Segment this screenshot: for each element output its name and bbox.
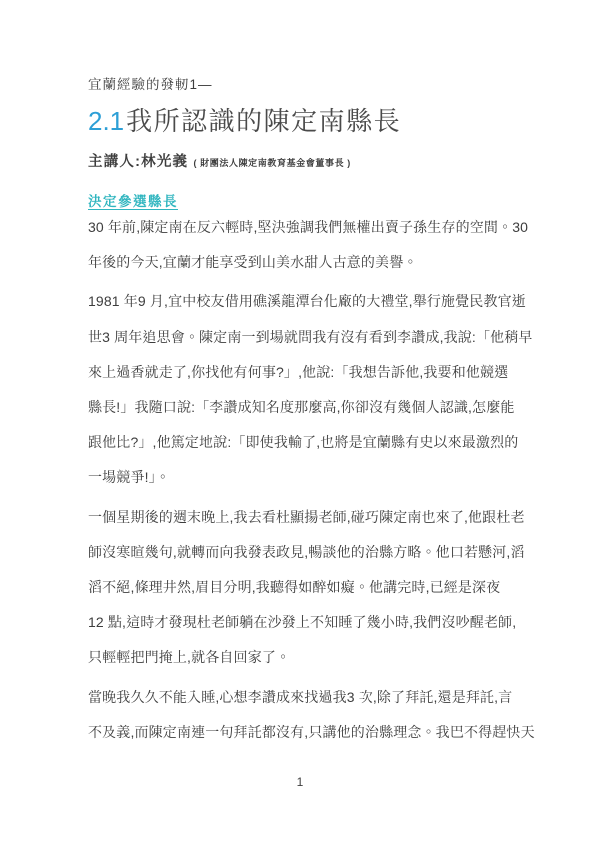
text-line: 30 年前,陳定南在反六輕時,堅決強調我們無權出賣子孫生存的空間。30 bbox=[88, 210, 512, 245]
paragraph: 當晚我久久不能入睡,心想李讚成來找過我3 次,除了拜託,還是拜託,言不及義,而陳… bbox=[88, 680, 512, 750]
section-heading: 決定參選縣長 bbox=[88, 194, 512, 209]
text-line: 跟他比?」,他篤定地說:「即使我輸了,也將是宜蘭縣有史以來最激烈的 bbox=[88, 425, 512, 460]
text-line: 一場競爭!」。 bbox=[88, 460, 512, 495]
text-line: 年後的今天,宜蘭才能享受到山美水甜人古意的美譽。 bbox=[88, 245, 512, 280]
series-label: 宜蘭經驗的發軔1— bbox=[88, 77, 512, 92]
body-paragraphs: 30 年前,陳定南在反六輕時,堅決強調我們無權出賣子孫生存的空間。30年後的今天… bbox=[88, 210, 512, 750]
text-line: 縣長!」我隨口說:「李讚成知名度那麼高,你卻沒有幾個人認識,怎麼能 bbox=[88, 390, 512, 425]
text-line: 一個星期後的週末晚上,我去看杜顯揚老師,碰巧陳定南也來了,他跟杜老 bbox=[88, 500, 512, 535]
text-line: 師沒寒暄幾句,就轉而向我發表政見,暢談他的治縣方略。他口若懸河,滔 bbox=[88, 535, 512, 570]
page-number: 1 bbox=[0, 775, 600, 789]
speaker-affiliation: ( 財團法人陳定南教育基金會董事長 ) bbox=[193, 158, 350, 168]
speaker-line: 主講人:林光義 ( 財團法人陳定南教育基金會董事長 ) bbox=[88, 153, 512, 172]
text-line: 世3 周年追思會。陳定南一到場就問我有沒有看到李讚成,我說:「他稍早 bbox=[88, 320, 512, 355]
title-number: 2.1 bbox=[88, 106, 124, 136]
text-line: 滔不絕,條理井然,眉目分明,我聽得如醉如癡。他講完時,已經是深夜 bbox=[88, 570, 512, 605]
speaker-name: 主講人:林光義 bbox=[88, 154, 188, 170]
text-line: 1981 年9 月,宜中校友借用礁溪龍潭台化廠的大禮堂,舉行施覺民教官逝 bbox=[88, 284, 512, 319]
document-page: 宜蘭經驗的發軔1— 2.1我所認識的陳定南縣長 主講人:林光義 ( 財團法人陳定… bbox=[0, 0, 600, 848]
paragraph: 30 年前,陳定南在反六輕時,堅決強調我們無權出賣子孫生存的空間。30年後的今天… bbox=[88, 210, 512, 280]
text-line: 當晚我久久不能入睡,心想李讚成來找過我3 次,除了拜託,還是拜託,言 bbox=[88, 680, 512, 715]
text-line: 不及義,而陳定南連一句拜託都沒有,只講他的治縣理念。我巴不得趕快天 bbox=[88, 715, 512, 750]
paragraph: 一個星期後的週末晚上,我去看杜顯揚老師,碰巧陳定南也來了,他跟杜老師沒寒暄幾句,… bbox=[88, 500, 512, 676]
text-line: 12 點,這時才發現杜老師躺在沙發上不知睡了幾小時,我們沒吵醒老師, bbox=[88, 605, 512, 640]
text-line: 只輕輕把門掩上,就各自回家了。 bbox=[88, 640, 512, 675]
page-title: 2.1我所認識的陳定南縣長 bbox=[88, 106, 512, 136]
title-text: 我所認識的陳定南縣長 bbox=[126, 106, 401, 136]
text-line: 來上過香就走了,你找他有何事?」,他說:「我想告訴他,我要和他競選 bbox=[88, 355, 512, 390]
paragraph: 1981 年9 月,宜中校友借用礁溪龍潭台化廠的大禮堂,舉行施覺民教官逝世3 周… bbox=[88, 284, 512, 495]
